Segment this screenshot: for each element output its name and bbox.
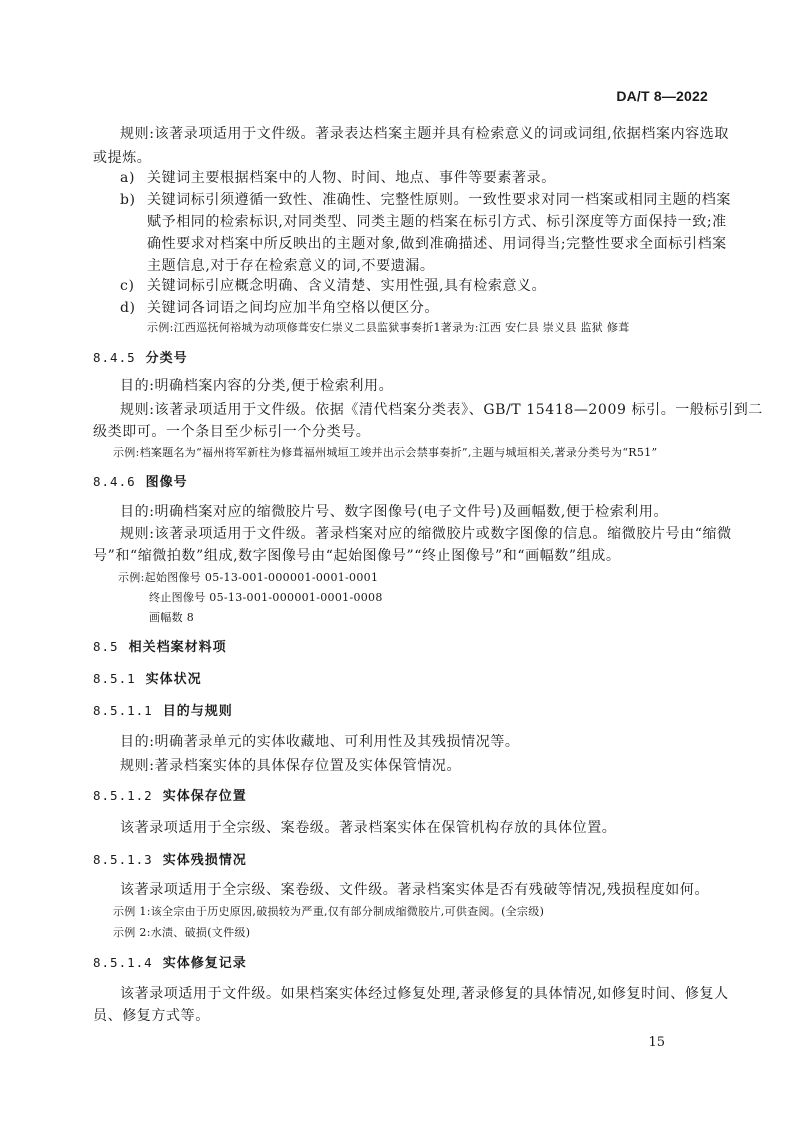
section-heading: 8.5.1.1目的与规则 [93,701,233,722]
example-text: 示例:档案题名为“福州将军新柱为修葺福州城垣工竣并出示会禁事奏折”,主题与城垣相… [113,443,733,463]
list-text: 关键词标引须遵循一致性、准确性、完整性原则。一致性要求对同一档案或相同主题的档案 [147,192,731,208]
purpose-text: 目的:明确档案对应的缩微胶片号、数字图像号(电子文件号)及画幅数,便于检索利用。 [120,502,740,522]
section-number: 8.5.1.4 [93,955,153,970]
example-text-cont: 画幅数 8 [149,608,769,628]
section-heading: 8.5相关档案材料项 [93,637,227,658]
list-text-cont: 确性要求对档案中所反映出的主题对象,做到准确描述、用词得当;完整性要求全面标引档… [147,234,767,254]
section-title: 分类号 [146,351,188,366]
purpose-text: 目的:明确著录单元的实体收藏地、可利用性及其残损情况等。 [120,732,740,752]
list-text: 关键词标引应概念明确、含义清楚、实用性强,具有检索意义。 [147,278,546,294]
list-text: 关键词主要根据档案中的人物、时间、地点、事件等要素著录。 [147,170,556,186]
section-heading: 8.5.1.3实体残损情况 [93,850,247,871]
list-text: 关键词各词语之间均应加半角空格以便区分。 [147,300,439,316]
section-number: 8.4.5 [93,350,136,365]
section-heading: 8.5.1.4实体修复记录 [93,953,247,974]
section-title: 相关档案材料项 [129,640,227,655]
section-title: 图像号 [146,475,188,490]
standard-code: DA/T 8—2022 [616,88,708,104]
body-text: 该著录项适用于全宗级、案卷级、文件级。著录档案实体是否有残破等情况,残损程度如何… [120,880,740,900]
example-text-cont: 终止图像号 05-13-001-000001-0001-0008 [149,588,769,608]
body-text: 该著录项适用于文件级。如果档案实体经过修复处理,著录修复的具体情况,如修复时间、… [120,984,740,1004]
example-text: 示例:起始图像号 05-13-001-000001-0001-0001 [118,568,738,588]
section-number: 8.5.1.3 [93,852,153,867]
list-text-cont: 主题信息,对于存在检索意义的词,不要遗漏。 [147,256,767,276]
list-label: a) [120,168,147,188]
rule-text-cont: 号”和“缩微拍数”组成,数字图像号由“起始图像号”“终止图像号”和“画幅数”组成… [93,546,713,566]
section-number: 8.5 [93,639,119,654]
list-item-d: d)关键词各词语之间均应加半角空格以便区分。 [120,298,740,318]
section-heading: 8.5.1实体状况 [93,669,202,690]
example-text: 示例 2:水渍、破损(文件级) [113,923,733,943]
list-label: c) [120,276,147,296]
list-item-b: b)关键词标引须遵循一致性、准确性、完整性原则。一致性要求对同一档案或相同主题的… [120,190,740,210]
section-title: 实体修复记录 [163,956,247,971]
section-title: 实体保存位置 [163,789,247,804]
list-text-cont: 赋予相同的检索标识,对同类型、同类主题的档案在标引方式、标引深度等方面保持一致;… [147,212,767,232]
section-title: 目的与规则 [163,704,233,719]
rule-text: 规则:该著录项适用于文件级。著录表达档案主题并具有检索意义的词或词组,依据档案内… [120,124,740,144]
rule-text: 规则:著录档案实体的具体保存位置及实体保管情况。 [120,756,740,776]
section-number: 8.5.1 [93,671,136,686]
rule-text: 规则:该著录项适用于文件级。依据《清代档案分类表》、GB/T 15418—200… [120,400,740,420]
section-heading: 8.4.6图像号 [93,472,188,493]
body-text-cont: 员、修复方式等。 [93,1006,713,1026]
section-heading: 8.5.1.2实体保存位置 [93,786,247,807]
section-number: 8.4.6 [93,474,136,489]
example-text: 示例 1:该全宗由于历史原因,破损较为严重,仅有部分制成缩微胶片,可供查阅。(全… [113,902,733,922]
list-item-a: a)关键词主要根据档案中的人物、时间、地点、事件等要素著录。 [120,168,740,188]
body-text: 该著录项适用于全宗级、案卷级。著录档案实体在保管机构存放的具体位置。 [120,818,740,838]
list-label: d) [120,298,147,318]
list-label: b) [120,190,147,210]
section-title: 实体状况 [146,672,202,687]
section-number: 8.5.1.1 [93,703,153,718]
example-text: 示例:江西巡抚何裕城为动项修葺安仁崇义二县监狱事奏折1著录为:江西 安仁县 崇义… [147,318,767,338]
section-title: 实体残损情况 [163,853,247,868]
rule-text-cont: 或提炼。 [93,148,713,168]
rule-text: 规则:该著录项适用于文件级。著录档案对应的缩微胶片或数字图像的信息。缩微胶片号由… [120,524,740,544]
section-heading: 8.4.5分类号 [93,348,188,369]
purpose-text: 目的:明确档案内容的分类,便于检索利用。 [120,376,740,396]
page-number: 15 [648,1035,665,1050]
section-number: 8.5.1.2 [93,788,153,803]
list-item-c: c)关键词标引应概念明确、含义清楚、实用性强,具有检索意义。 [120,276,740,296]
rule-text-cont: 级类即可。一个条目至少标引一个分类号。 [93,422,713,442]
